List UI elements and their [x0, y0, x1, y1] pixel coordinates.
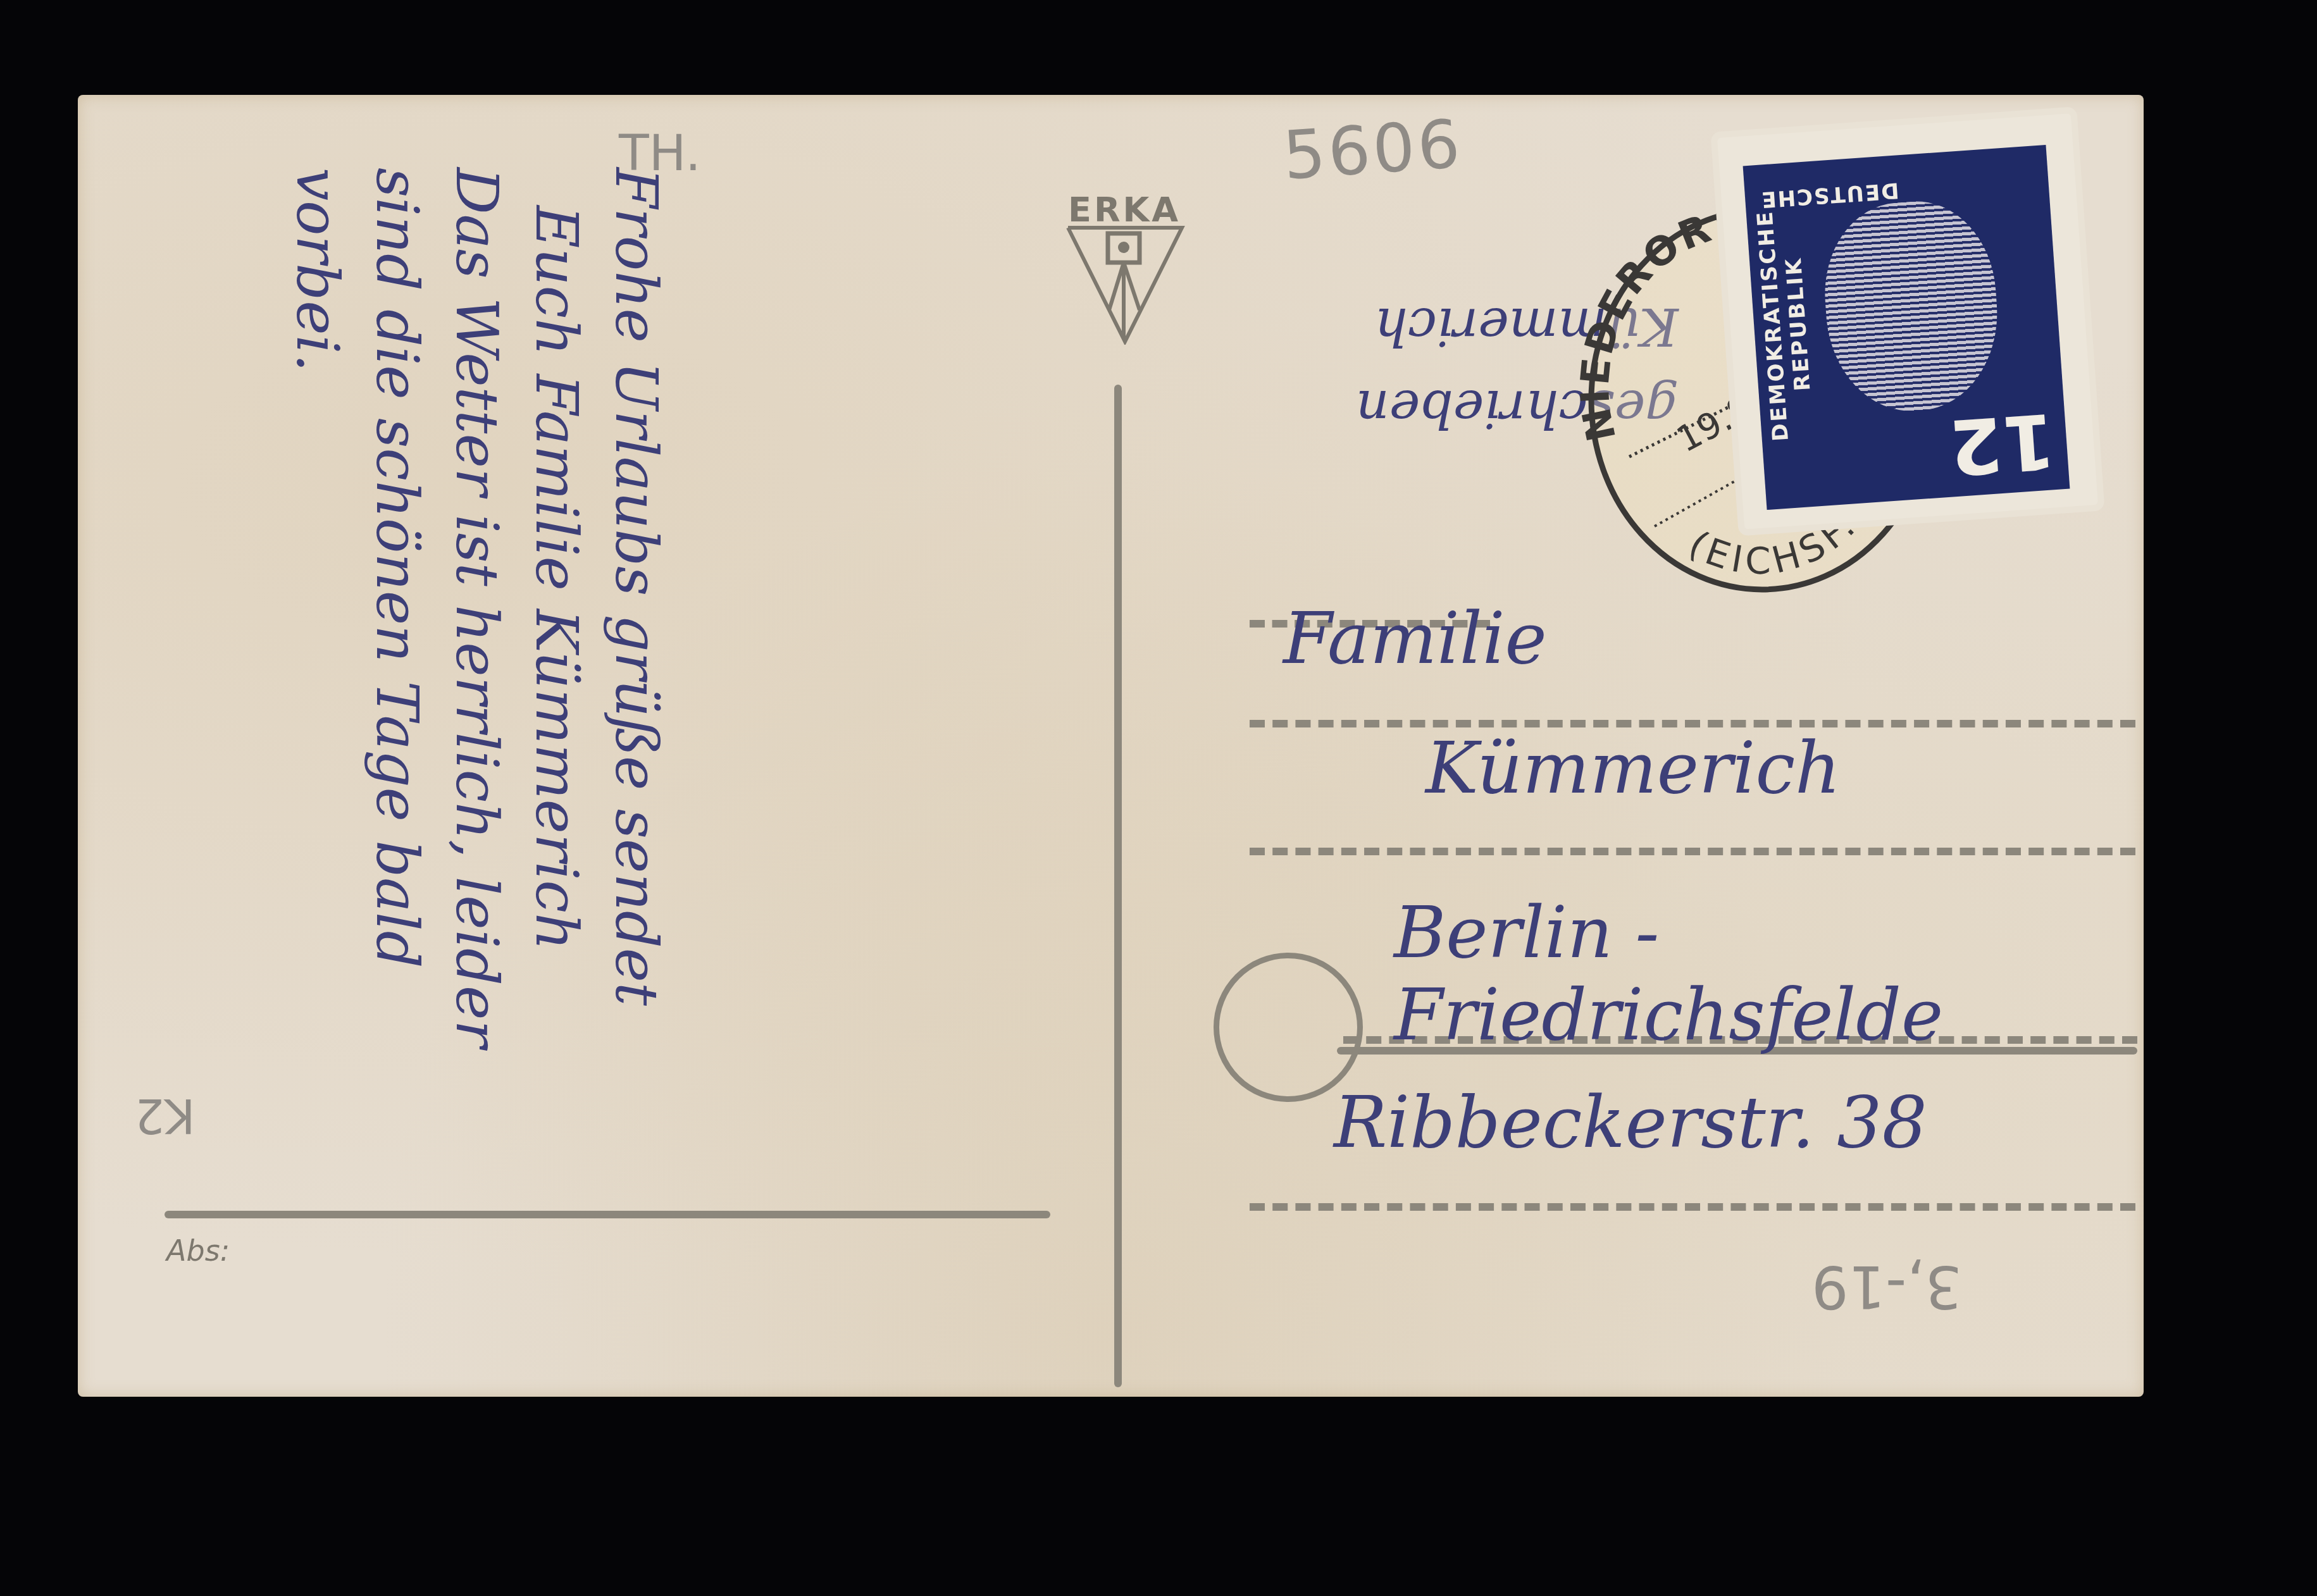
message-line: Das Wetter ist herrlich, leider — [437, 168, 516, 1370]
address-recipient: Familie — [1283, 598, 1547, 680]
sender-label: Abs: — [166, 1234, 230, 1268]
center-divider — [1114, 385, 1122, 1387]
pencil-margin-note: K2 — [135, 1088, 196, 1142]
message-line: Frohe Urlaubs grüße sendet — [596, 168, 676, 1370]
address-line-2 — [1250, 720, 2135, 727]
stamp-value: 12 — [1946, 395, 2058, 490]
address-street: Ribbeckerstr. 38 — [1334, 1082, 1927, 1164]
message-line: vorbei. — [277, 168, 357, 1370]
stamp-portrait-icon — [1819, 196, 2004, 416]
camera-tripod-logo-icon — [1065, 225, 1185, 345]
postal-code-circle — [1214, 953, 1363, 1102]
publisher-logo-text: ERKA — [1068, 190, 1181, 230]
postage-stamp: 12 DEUTSCHE DEMOKRATISCHE REPUBLIK — [1743, 145, 2070, 510]
postcard: TH. 5606 K2 3,-19 ERKA Abs: Frohe Urlaub… — [78, 95, 2144, 1397]
address-line-3 — [1250, 848, 2135, 855]
message-line: sind die schönen Tage bald — [357, 168, 437, 1370]
address-line-5 — [1250, 1203, 2135, 1211]
pencil-price-note: 3,-19 — [1811, 1253, 1962, 1320]
handwritten-message: Frohe Urlaubs grüße sendet Euch Familie … — [264, 168, 676, 1370]
address-city: Berlin - Friedrichsfelde — [1394, 892, 2144, 1056]
message-line: Euch Familie Kümmerich — [516, 168, 596, 1370]
pencil-catalog-number: 5606 — [1281, 105, 1465, 194]
address-name: Kümmerich — [1426, 727, 1841, 810]
